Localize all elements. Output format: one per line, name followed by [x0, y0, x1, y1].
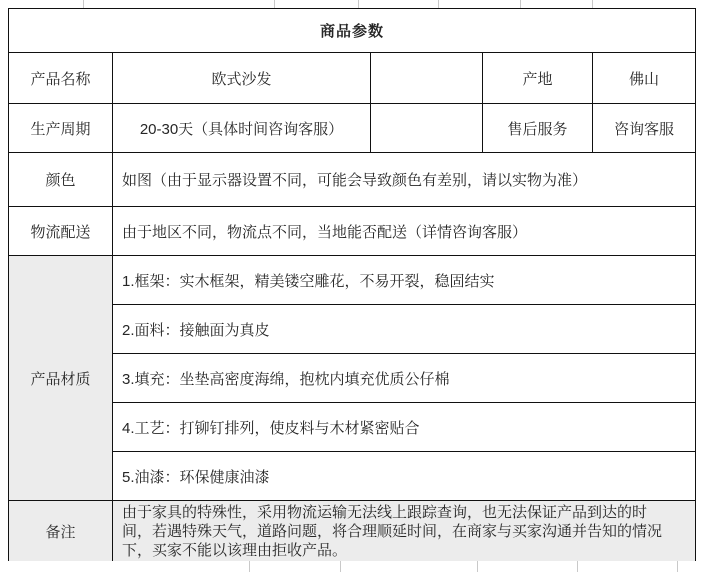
- empty-cell: [371, 53, 483, 104]
- label-notes: 备注: [9, 501, 113, 563]
- table-title: 商品参数: [9, 9, 696, 53]
- material-item-frame: 1.框架：实木框架，精美镂空雕花，不易开裂，稳固结实: [113, 256, 696, 305]
- grid-tick: [358, 0, 359, 8]
- grid-tick: [438, 0, 439, 8]
- grid-tick: [577, 561, 578, 572]
- grid-tick: [249, 561, 250, 572]
- value-color: 如图（由于显示器设置不同，可能会导致颜色有差别，请以实物为准）: [113, 153, 696, 207]
- product-parameter-sheet: 商品参数 产品名称 欧式沙发 产地 佛山 生产周期 20-30天（具体时间咨询客…: [0, 0, 703, 572]
- label-origin: 产地: [483, 53, 593, 104]
- value-logistics: 由于地区不同，物流点不同，当地能否配送（详情咨询客服）: [113, 207, 696, 256]
- label-after-sales: 售后服务: [483, 104, 593, 153]
- material-item-paint: 5.油漆：环保健康油漆: [113, 452, 696, 501]
- value-after-sales: 咨询客服: [593, 104, 696, 153]
- grid-tick: [520, 0, 521, 8]
- grid-tick: [274, 0, 275, 8]
- label-materials: 产品材质: [9, 256, 113, 501]
- label-color: 颜色: [9, 153, 113, 207]
- value-production-cycle: 20-30天（具体时间咨询客服）: [113, 104, 371, 153]
- grid-tick: [83, 0, 84, 8]
- value-product-name: 欧式沙发: [113, 53, 371, 104]
- grid-tick: [592, 0, 593, 8]
- label-production-cycle: 生产周期: [9, 104, 113, 153]
- value-origin: 佛山: [593, 53, 696, 104]
- product-parameter-table: 商品参数 产品名称 欧式沙发 产地 佛山 生产周期 20-30天（具体时间咨询客…: [8, 8, 696, 563]
- empty-cell: [371, 104, 483, 153]
- grid-tick: [477, 561, 478, 572]
- label-logistics: 物流配送: [9, 207, 113, 256]
- material-item-fabric: 2.面料：接触面为真皮: [113, 305, 696, 354]
- cropped-row-fragment-bottom: [0, 561, 703, 572]
- material-item-craft: 4.工艺：打铆钉排列，使皮料与木材紧密贴合: [113, 403, 696, 452]
- cropped-row-fragment-top: [0, 0, 703, 8]
- label-product-name: 产品名称: [9, 53, 113, 104]
- material-item-filling: 3.填充：坐垫高密度海绵，抱枕内填充优质公仔棉: [113, 354, 696, 403]
- grid-tick: [677, 561, 678, 572]
- value-notes: 由于家具的特殊性，采用物流运输无法线上跟踪查询，也无法保证产品到达的时间，若遇特…: [113, 501, 696, 563]
- grid-tick: [340, 561, 341, 572]
